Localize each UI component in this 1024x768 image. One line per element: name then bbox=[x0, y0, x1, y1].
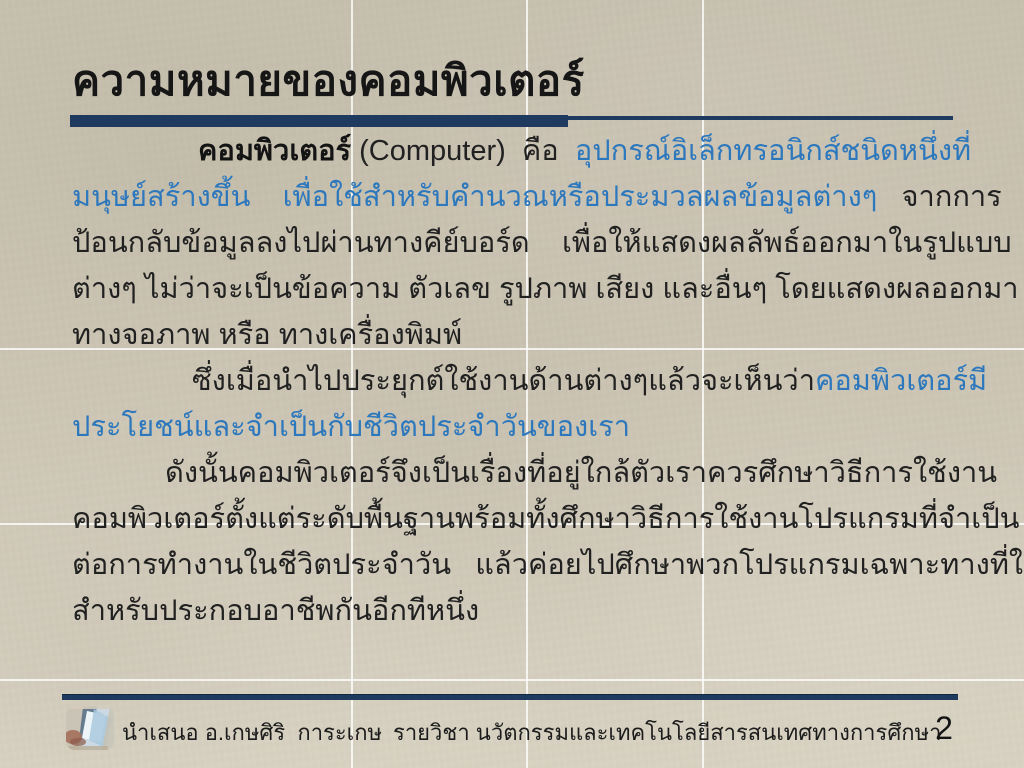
body-text-segment: ประโยชน์และจำเป็นกับชีวิตประจำวันของเรา bbox=[72, 411, 630, 443]
body-text-segment: ดังนั้นคอมพิวเตอร์จึงเป็นเรื่องที่อยู่ใก… bbox=[165, 457, 997, 489]
body-text-segment: (Computer) คือ bbox=[351, 135, 575, 167]
slide-page-number: 2 bbox=[922, 708, 966, 748]
body-line: คอมพิวเตอร์ (Computer) คือ อุปกรณ์อิเล็ก… bbox=[72, 128, 957, 174]
body-line: ป้อนกลับข้อมูลลงไปผ่านทางคีย์บอร์ด เพื่อ… bbox=[72, 220, 957, 266]
presentation-slide: ความหมายของคอมพิวเตอร์ คอมพิวเตอร์ (Comp… bbox=[0, 0, 1024, 768]
footer-course-text: รายวิชา นวัตกรรมและเทคโนโลยีสารสนเทศทางก… bbox=[393, 716, 942, 750]
laptop-user-photo-icon bbox=[66, 706, 114, 750]
body-line: ประโยชน์และจำเป็นกับชีวิตประจำวันของเรา bbox=[72, 404, 957, 450]
body-text-segment: ทางจอภาพ หรือ ทางเครื่องพิมพ์ bbox=[72, 319, 462, 351]
title-underline-bar bbox=[70, 115, 568, 127]
body-line: คอมพิวเตอร์ตั้งแต่ระดับพื้นฐานพร้อมทั้งศ… bbox=[72, 496, 957, 542]
footer-divider-rule bbox=[62, 694, 958, 700]
footer-presenter-text: นำเสนอ อ.เกษศิริ การะเกษ bbox=[122, 716, 382, 750]
body-text: คอมพิวเตอร์ (Computer) คือ อุปกรณ์อิเล็ก… bbox=[72, 128, 957, 634]
paper-fold-line-horizontal bbox=[0, 679, 1024, 681]
body-text-segment: อุปกรณ์อิเล็กทรอนิกส์ชนิดหนึ่งที่ bbox=[575, 135, 971, 167]
body-line: ต่อการทำงานในชีวิตประจำวัน แล้วค่อยไปศึก… bbox=[72, 542, 957, 588]
body-text-segment: คอมพิวเตอร์ bbox=[198, 135, 351, 167]
body-line: ทางจอภาพ หรือ ทางเครื่องพิมพ์ bbox=[72, 312, 957, 358]
title-underline-rule bbox=[568, 116, 953, 120]
body-line: ต่างๆ ไม่ว่าจะเป็นข้อความ ตัวเลข รูปภาพ … bbox=[72, 266, 957, 312]
body-text-segment: จากการ bbox=[877, 181, 1001, 213]
body-text-segment: ต่อการทำงานในชีวิตประจำวัน แล้วค่อยไปศึก… bbox=[72, 549, 1024, 581]
body-text-segment: คอมพิวเตอร์ตั้งแต่ระดับพื้นฐานพร้อมทั้งศ… bbox=[72, 503, 1019, 535]
slide-title: ความหมายของคอมพิวเตอร์ bbox=[72, 48, 585, 114]
body-text-segment: สำหรับประกอบอาชีพกันอีกทีหนึ่ง bbox=[72, 595, 479, 627]
body-text-segment: ซึ่งเมื่อนำไปประยุกต์ใช้งานด้านต่างๆแล้ว… bbox=[192, 365, 815, 397]
footer-logo-image bbox=[66, 706, 114, 750]
body-text-segment: มนุษย์สร้างขึ้น เพื่อใช้สำหรับคำนวณหรือป… bbox=[72, 181, 877, 213]
body-line: สำหรับประกอบอาชีพกันอีกทีหนึ่ง bbox=[72, 588, 957, 634]
body-line: มนุษย์สร้างขึ้น เพื่อใช้สำหรับคำนวณหรือป… bbox=[72, 174, 957, 220]
body-line: ซึ่งเมื่อนำไปประยุกต์ใช้งานด้านต่างๆแล้ว… bbox=[72, 358, 957, 404]
body-line: ดังนั้นคอมพิวเตอร์จึงเป็นเรื่องที่อยู่ใก… bbox=[72, 450, 957, 496]
body-text-segment: ป้อนกลับข้อมูลลงไปผ่านทางคีย์บอร์ด เพื่อ… bbox=[72, 227, 1012, 259]
body-text-segment: คอมพิวเตอร์มี bbox=[815, 365, 987, 397]
body-text-segment: ต่างๆ ไม่ว่าจะเป็นข้อความ ตัวเลข รูปภาพ … bbox=[72, 273, 1019, 305]
